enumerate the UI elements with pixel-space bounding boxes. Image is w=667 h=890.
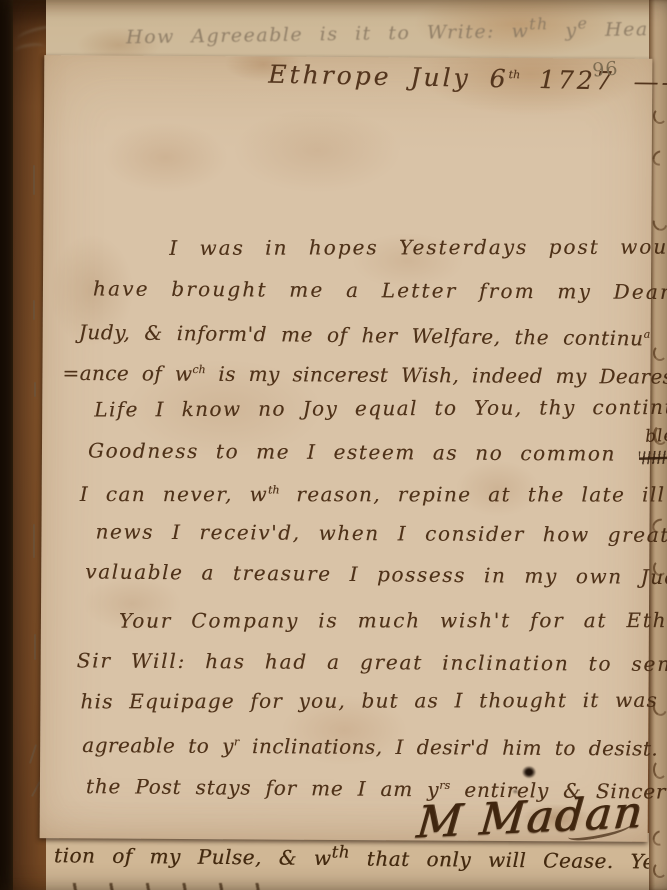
letter-line-5: Life I know no Joy equal to You, thy con… [94,387,650,430]
letter-page: Ethrope July 6th 1727 —— 96 I was in hop… [40,55,653,842]
overleaf-top-strip: How Agreeable is it to Write: wth ye Hea… [46,0,652,60]
margin-tick [34,382,36,397]
letter-line-4: =ance of wch is my sincerest Wish, indee… [62,349,650,393]
letter-line-11: Sir Will: has had a great inclination to… [77,640,649,684]
superscript: ch [192,363,205,376]
letter-line-1: I was in hopes Yesterdays post woud [169,227,651,269]
overleaf-header-line: How Agreeable is it to Write: wth ye Hea… [126,11,652,48]
margin-tick [33,524,35,558]
superscript: th [331,842,350,861]
letter-line-13: agreable to yr inclinations, I desir'd h… [82,721,648,765]
next-page-text-fragment [650,213,667,234]
superscript: th [268,484,280,497]
superscript: th [529,14,549,33]
signature: M Madan [414,787,646,849]
letter-line-7: I can never, wth reason, repine at the l… [80,470,650,511]
superscript: e [577,14,588,33]
margin-tick [33,300,35,320]
letter-line-9: valuable a treasure I possess in my own … [85,551,649,597]
next-page-text-fragment [653,862,667,878]
binding-gutter [0,0,14,890]
margin-tick [33,165,35,195]
next-page-text-fragment [653,108,667,124]
superscript: rs [439,778,450,791]
next-page-text-fragment [650,827,667,848]
ink-smudge [520,764,538,780]
manuscript-photo: How Agreeable is it to Write: wth ye Hea… [0,0,667,890]
next-page-text-fragment [653,760,667,779]
folio-number: 96 [591,58,619,82]
margin-tick [29,744,37,764]
letter-line-10: Your Company is much wish't for at Ethro… [119,600,649,641]
superscript: th [508,68,520,81]
letter-line-3: Judy, & inform'd me of her Welfare, the … [78,308,650,355]
letter-body: I was in hopes Yesterdays post woudhave … [40,227,652,806]
scribbled-out-word: blessing [639,433,667,474]
underlying-page-strip: tion of my Pulse, & wth that only will C… [46,833,667,890]
letter-line-12: his Equipage for you, but as I thought i… [80,679,648,721]
letter-line-6: Goodness to me I esteem as no common ble… [88,430,650,474]
letter-line-2: have brought me a Letter from my Dearest [93,268,651,312]
next-page-text-fragment [653,345,667,361]
ghost-mark [14,42,45,56]
underlying-page-line: tion of my Pulse, & wth that only will C… [54,840,667,875]
letter-line-8: news I receiv'd, when I consider how gre… [95,511,649,555]
superscript: a [644,328,651,341]
margin-tick [34,634,36,660]
superscript: r [234,735,239,748]
next-page-text-fragment [649,147,667,168]
clipped-line-fragment [58,883,288,890]
